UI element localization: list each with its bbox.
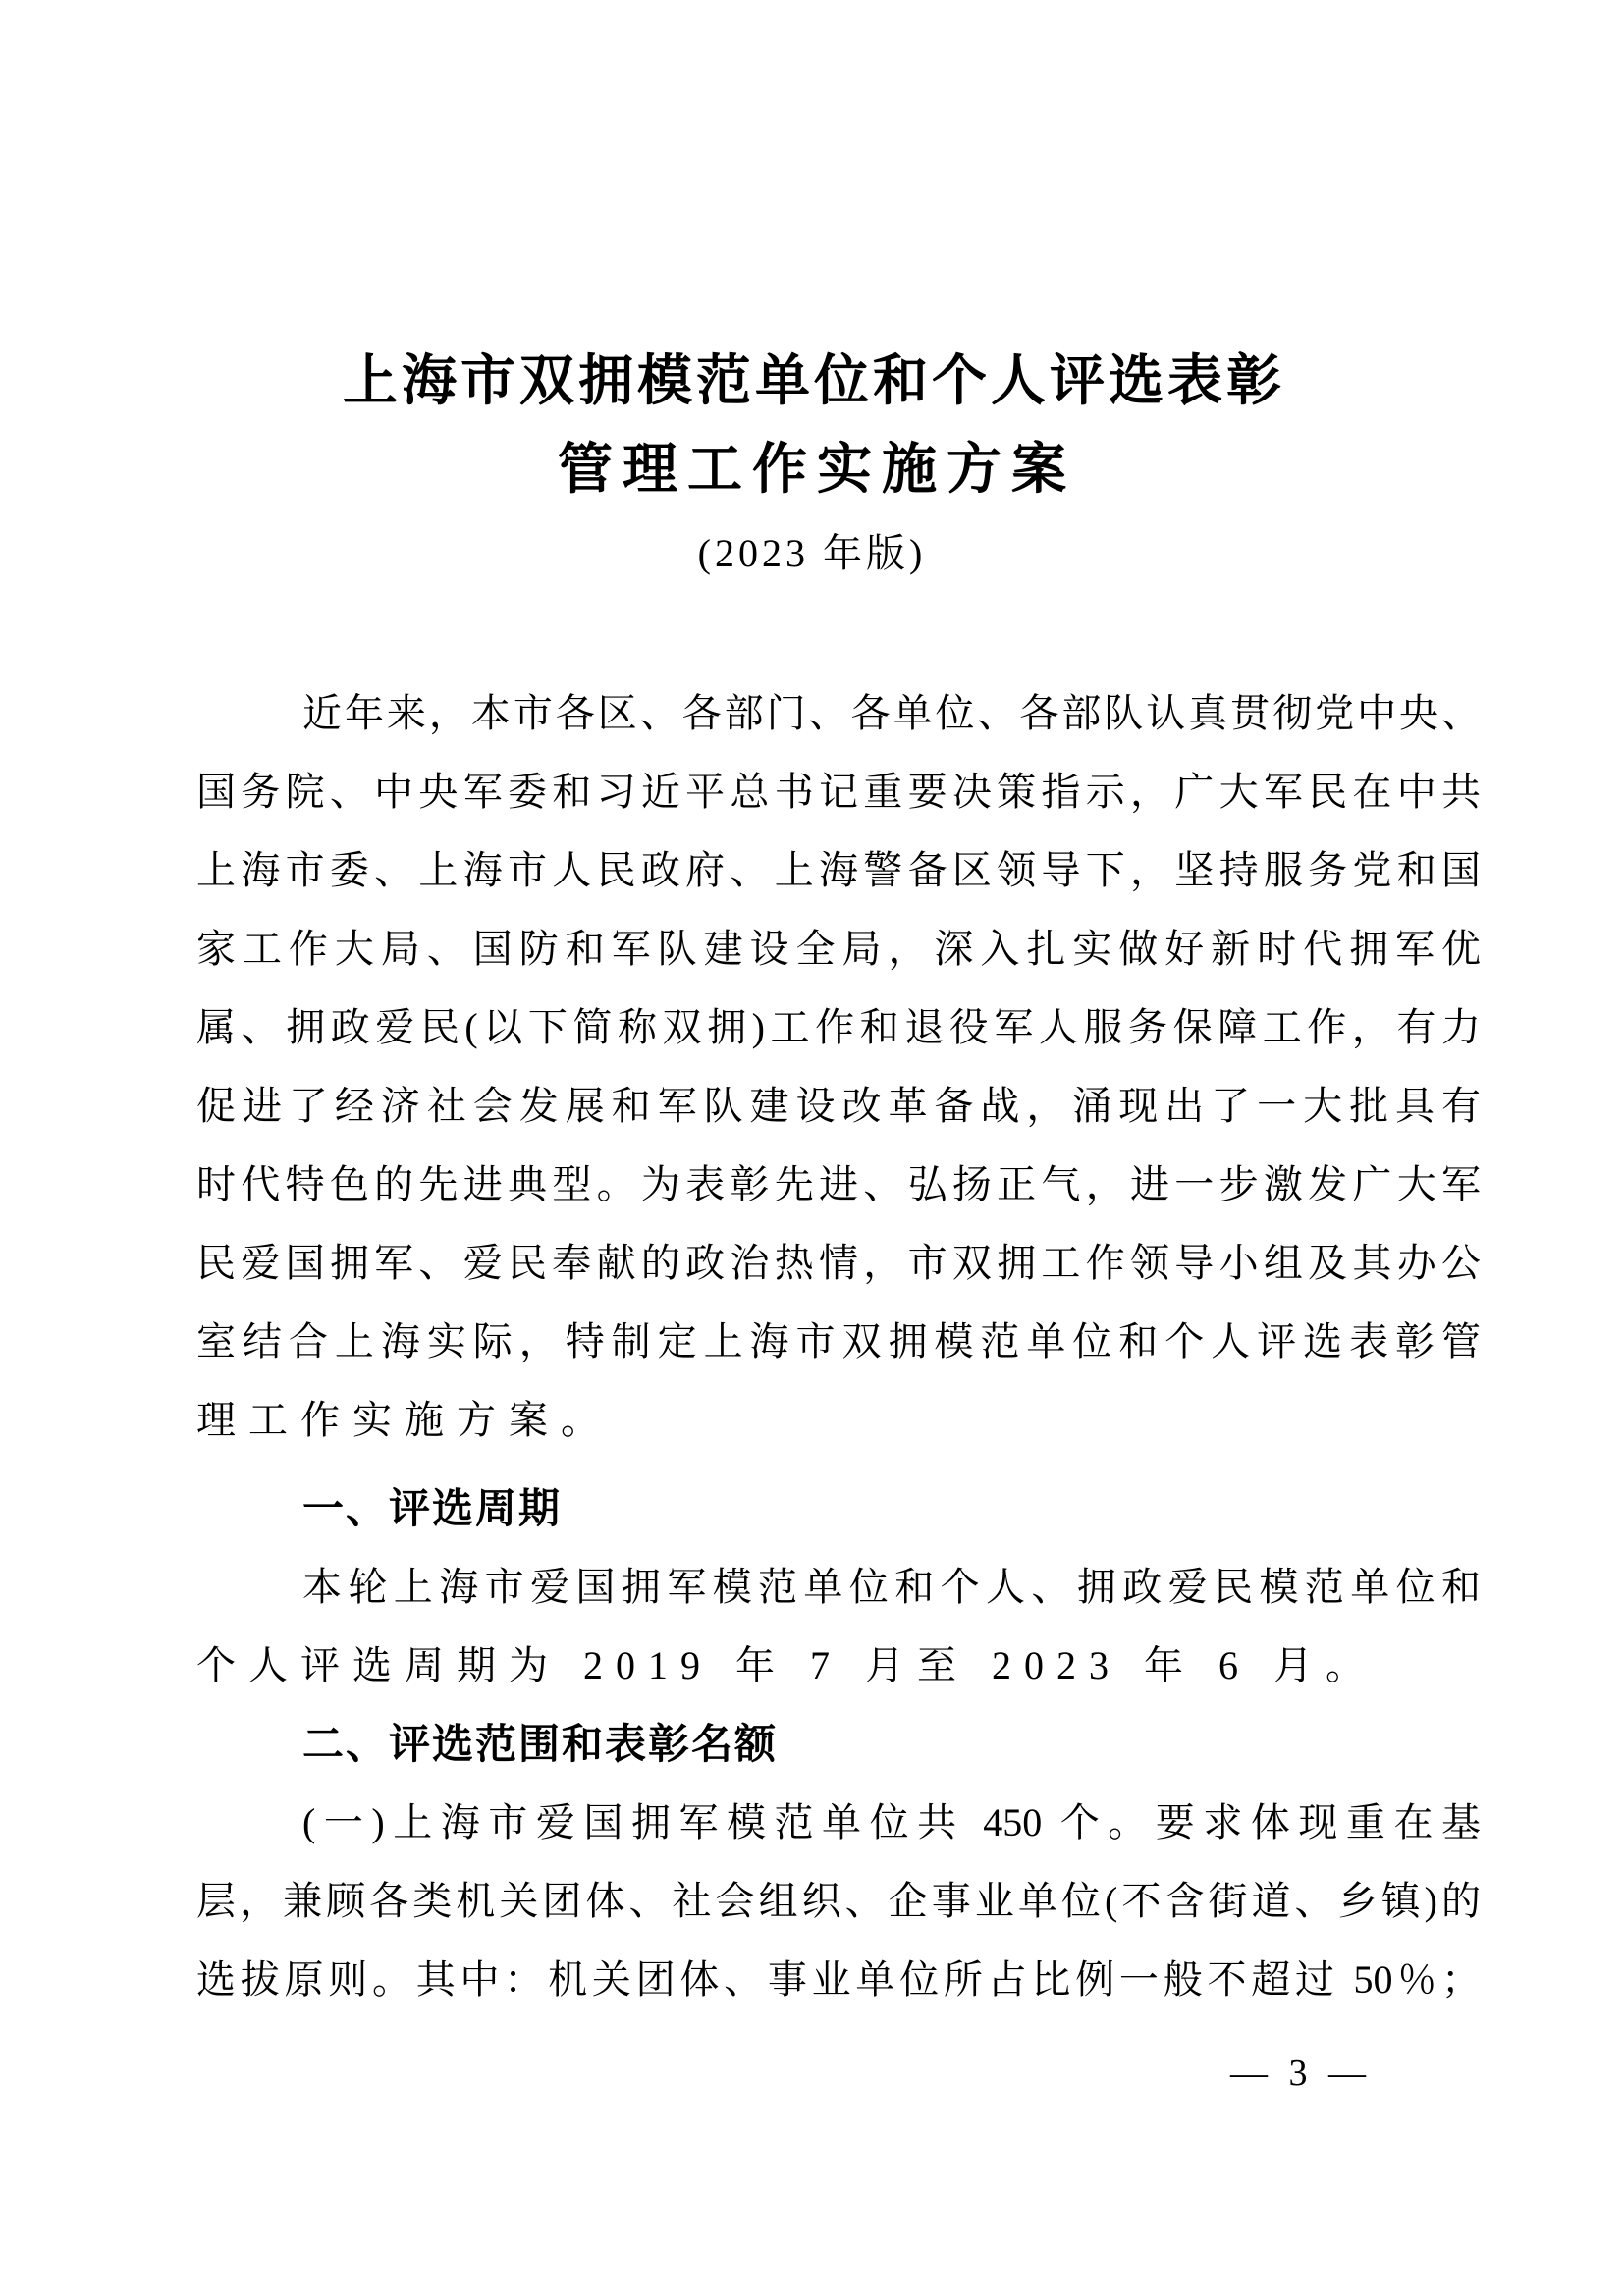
paragraph-line: 本轮上海市爱国拥军模范单位和个人、拥政爱民模范单位和 — [196, 1548, 1481, 1627]
document-body: 近年来，本市各区、各部门、各单位、各部队认真贯彻党中央、 国务院、中央军委和习近… — [196, 674, 1481, 2019]
document-subtitle: (2023 年版) — [0, 526, 1624, 581]
paragraph-line: 家工作大局、国防和军队建设全局，深入扎实做好新时代拥军优 — [196, 910, 1481, 988]
paragraph-line: 个人评选周期为 2019 年 7 月至 2023 年 6 月。 — [196, 1627, 1481, 1705]
paragraph-line: (一)上海市爱国拥军模范单位共 450 个。要求体现重在基 — [196, 1784, 1481, 1862]
document-title-line2: 管理工作实施方案 — [0, 426, 1624, 514]
paragraph-line: 促进了经济社会发展和军队建设改革备战，涌现出了一大批具有 — [196, 1067, 1481, 1146]
document-title-line1: 上海市双拥模范单位和个人评选表彰 — [0, 338, 1624, 426]
paragraph-line: 理工作实施方案。 — [196, 1381, 1481, 1460]
section2-paragraph: (一)上海市爱国拥军模范单位共 450 个。要求体现重在基 层，兼顾各类机关团体… — [196, 1784, 1481, 2019]
paragraph-line: 国务院、中央军委和习近平总书记重要决策指示，广大军民在中共 — [196, 753, 1481, 831]
paragraph-line: 时代特色的先进典型。为表彰先进、弘扬正气，进一步激发广大军 — [196, 1146, 1481, 1224]
paragraph-line: 选拔原则。其中：机关团体、事业单位所占比例一般不超过 50％； — [196, 1941, 1481, 2019]
section-heading-2: 二、评选范围和表彰名额 — [196, 1705, 1481, 1784]
section1-paragraph: 本轮上海市爱国拥军模范单位和个人、拥政爱民模范单位和 个人评选周期为 2019 … — [196, 1548, 1481, 1705]
intro-paragraph: 近年来，本市各区、各部门、各单位、各部队认真贯彻党中央、 国务院、中央军委和习近… — [196, 674, 1481, 1460]
page-number: — 3 — — [1230, 2047, 1372, 2100]
paragraph-line: 上海市委、上海市人民政府、上海警备区领导下，坚持服务党和国 — [196, 831, 1481, 910]
section-heading-1: 一、评选周期 — [196, 1469, 1481, 1548]
document-title: 上海市双拥模范单位和个人评选表彰 管理工作实施方案 — [0, 338, 1624, 514]
paragraph-line: 室结合上海实际，特制定上海市双拥模范单位和个人评选表彰管 — [196, 1303, 1481, 1381]
document-page: 上海市双拥模范单位和个人评选表彰 管理工作实施方案 (2023 年版) 近年来，… — [0, 0, 1624, 2296]
paragraph-line: 属、拥政爱民(以下简称双拥)工作和退役军人服务保障工作，有力 — [196, 988, 1481, 1067]
paragraph-line: 民爱国拥军、爱民奉献的政治热情，市双拥工作领导小组及其办公 — [196, 1224, 1481, 1303]
paragraph-line: 近年来，本市各区、各部门、各单位、各部队认真贯彻党中央、 — [196, 674, 1481, 753]
paragraph-line: 层，兼顾各类机关团体、社会组织、企事业单位(不含街道、乡镇)的 — [196, 1862, 1481, 1941]
